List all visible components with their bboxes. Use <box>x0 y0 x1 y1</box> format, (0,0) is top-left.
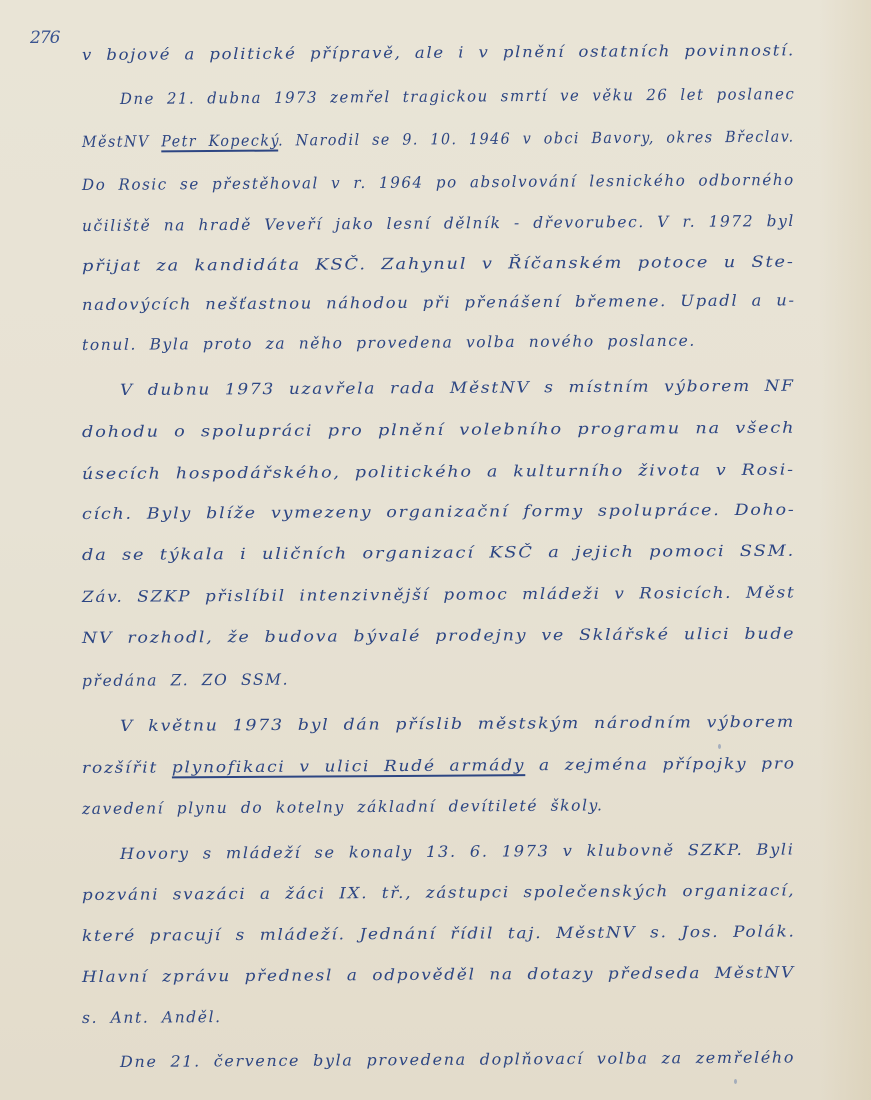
text-line: Dne 21. července byla provedena doplňova… <box>120 1048 795 1071</box>
ink-speck <box>718 744 721 749</box>
underlined-phrase: plynofikaci v ulici Rudé armády <box>172 756 526 776</box>
text-line: V květnu 1973 byl dán příslib městským n… <box>120 713 795 735</box>
text-line: úsecích hospodářského, politického a kul… <box>82 461 795 483</box>
text-line: učiliště na hradě Veveří jako lesní děln… <box>82 212 795 235</box>
text-line: s. Ant. Anděl. <box>82 1008 222 1027</box>
text-line: předána Z. ZO SSM. <box>82 671 289 690</box>
text-line: V dubnu 1973 uzavřela rada MěstNV s míst… <box>120 377 795 399</box>
text-line: da se týkala i uličních organizací KSČ a… <box>82 542 795 564</box>
text-line: tonul. Byla proto za něho provedena volb… <box>82 332 696 354</box>
ink-speck <box>734 1079 737 1084</box>
text-line: Hovory s mládeží se konaly 13. 6. 1973 v… <box>120 840 795 863</box>
text-line: rozšířit plynofikaci v ulici Rudé armády… <box>82 754 796 777</box>
text-line: Hlavní zprávu přednesl a odpověděl na do… <box>82 963 795 986</box>
text-line: které pracují s mládeží. Jednání řídil t… <box>82 922 796 945</box>
page-number: 276 <box>30 28 59 48</box>
text-line: MěstNV Petr Kopecký. Narodil se 9. 10. 1… <box>82 128 795 151</box>
text-line: zavedení plynu do kotelny základní devít… <box>82 796 604 818</box>
text-line: pozváni svazáci a žáci IX. tř., zástupci… <box>82 881 795 904</box>
text-line: cích. Byly blíže vymezeny organizační fo… <box>82 501 796 523</box>
text-line: nadovýcích nešťastnou náhodou při přenáš… <box>82 291 796 314</box>
document-page: 276 v bojové a politické přípravě, ale i… <box>0 0 871 1100</box>
text-line: přijat za kandidáta KSČ. Zahynul v Říčan… <box>82 253 795 275</box>
text-line: dohodu o spolupráci pro plnění volebního… <box>82 419 795 441</box>
text-line: NV rozhodl, že budova bývalé prodejny ve… <box>82 625 795 647</box>
text-line: v bojové a politické přípravě, ale i v p… <box>82 41 795 64</box>
ink-speck <box>168 1014 171 1019</box>
underlined-phrase: Petr Kopecký <box>161 132 278 151</box>
text-line: Do Rosic se přestěhoval v r. 1964 po abs… <box>82 171 795 194</box>
text-line: Dne 21. dubna 1973 zemřel tragickou smrt… <box>120 85 795 108</box>
text-line: Záv. SZKP přislíbil intenzivnější pomoc … <box>82 583 796 606</box>
